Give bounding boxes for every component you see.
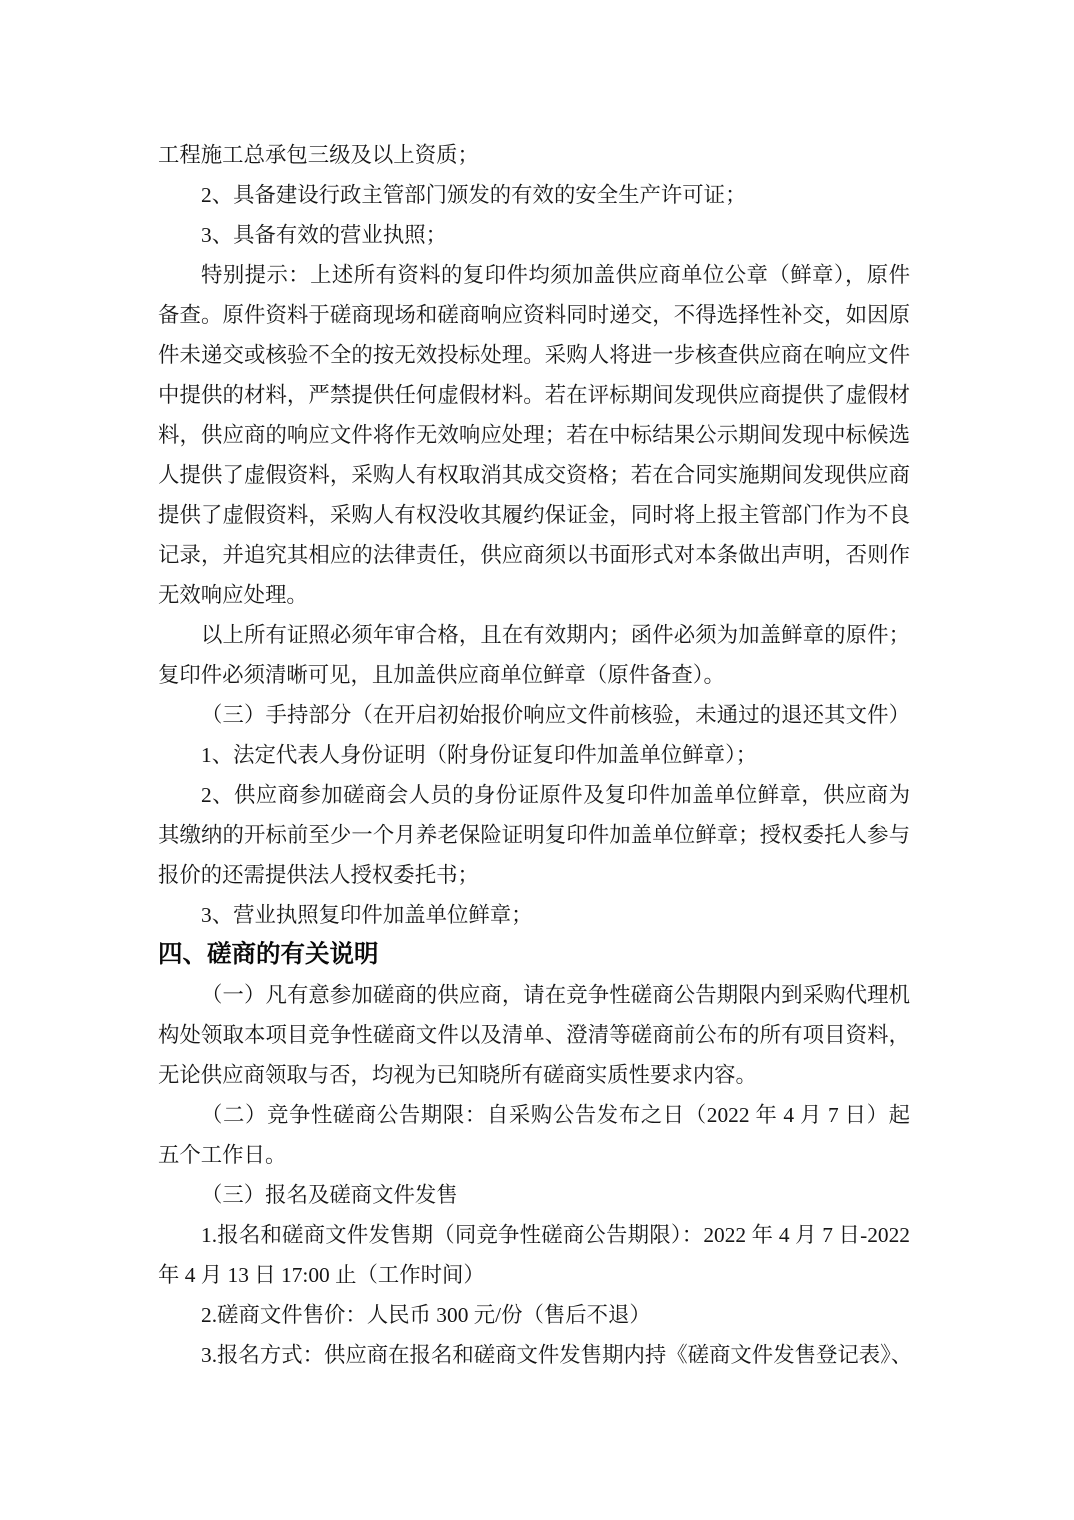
section-heading: 四、磋商的有关说明 (158, 935, 910, 975)
text-line: （一）凡有意参加磋商的供应商，请在竞争性磋商公告期限内到采购代理机 (158, 975, 910, 1015)
text-line: （二）竞争性磋商公告期限：自采购公告发布之日（2022 年 4 月 7 日）起 (158, 1095, 910, 1135)
text-line: 报价的还需提供法人授权委托书； (158, 855, 910, 895)
text-line: 1.报名和磋商文件发售期（同竞争性磋商公告期限）：2022 年 4 月 7 日-… (158, 1215, 910, 1255)
text-line: 2、具备建设行政主管部门颁发的有效的安全生产许可证； (158, 175, 910, 215)
text-line: 复印件必须清晰可见，且加盖供应商单位鲜章（原件备查）。 (158, 655, 910, 695)
document-page: 工程施工总承包三级及以上资质；2、具备建设行政主管部门颁发的有效的安全生产许可证… (0, 0, 1074, 1520)
text-line: 件未递交或核验不全的按无效投标处理。采购人将进一步核查供应商在响应文件 (158, 335, 910, 375)
text-line: 2、供应商参加磋商会人员的身份证原件及复印件加盖单位鲜章，供应商为 (158, 775, 910, 815)
text-line: （三）报名及磋商文件发售 (158, 1175, 910, 1215)
text-line: （三）手持部分（在开启初始报价响应文件前核验，未通过的退还其文件） (158, 695, 910, 735)
document-content: 工程施工总承包三级及以上资质；2、具备建设行政主管部门颁发的有效的安全生产许可证… (158, 135, 910, 1375)
text-line: 中提供的材料，严禁提供任何虚假材料。若在评标期间发现供应商提供了虚假材 (158, 375, 910, 415)
text-line: 3、具备有效的营业执照； (158, 215, 910, 255)
text-line: 人提供了虚假资料，采购人有权取消其成交资格；若在合同实施期间发现供应商 (158, 455, 910, 495)
text-line: 以上所有证照必须年审合格，且在有效期内；函件必须为加盖鲜章的原件； (158, 615, 910, 655)
text-line: 备查。原件资料于磋商现场和磋商响应资料同时递交，不得选择性补交，如因原 (158, 295, 910, 335)
text-line: 3、营业执照复印件加盖单位鲜章； (158, 895, 910, 935)
text-line: 3.报名方式：供应商在报名和磋商文件发售期内持《磋商文件发售登记表》、 (158, 1335, 910, 1375)
text-line: 提供了虚假资料，采购人有权没收其履约保证金，同时将上报主管部门作为不良 (158, 495, 910, 535)
text-line: 记录，并追究其相应的法律责任，供应商须以书面形式对本条做出声明，否则作 (158, 535, 910, 575)
text-line: 特别提示：上述所有资料的复印件均须加盖供应商单位公章（鲜章），原件 (158, 255, 910, 295)
text-line: 料，供应商的响应文件将作无效响应处理；若在中标结果公示期间发现中标候选 (158, 415, 910, 455)
text-line: 1、法定代表人身份证明（附身份证复印件加盖单位鲜章）； (158, 735, 910, 775)
text-line: 无论供应商领取与否，均视为已知晓所有磋商实质性要求内容。 (158, 1055, 910, 1095)
text-line: 无效响应处理。 (158, 575, 910, 615)
text-line: 工程施工总承包三级及以上资质； (158, 135, 910, 175)
text-line: 2.磋商文件售价：人民币 300 元/份（售后不退） (158, 1295, 910, 1335)
text-line: 其缴纳的开标前至少一个月养老保险证明复印件加盖单位鲜章；授权委托人参与 (158, 815, 910, 855)
text-line: 年 4 月 13 日 17:00 止（工作时间） (158, 1255, 910, 1295)
text-line: 构处领取本项目竞争性磋商文件以及清单、澄清等磋商前公布的所有项目资料， (158, 1015, 910, 1055)
text-line: 五个工作日。 (158, 1135, 910, 1175)
